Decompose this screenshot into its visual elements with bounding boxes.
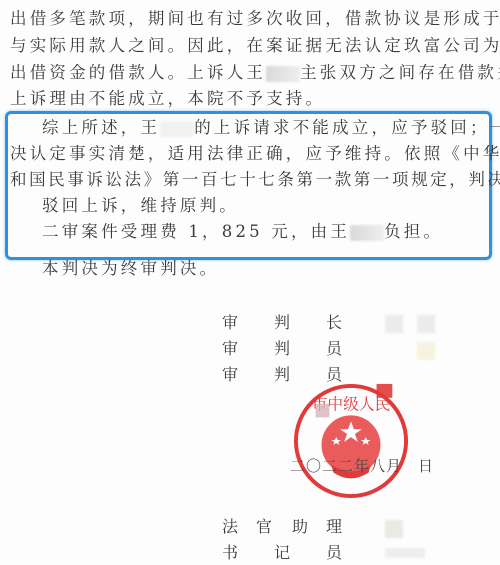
- role-char: 记: [274, 541, 290, 565]
- text: 决认定事实清楚，适用法律正确，应予维持。依照《中华人民共: [10, 144, 500, 163]
- role-char: 员: [326, 541, 342, 565]
- judgment-date: 二〇二二年八月 日: [290, 455, 434, 476]
- text: 出借资金的借款人。上诉人王: [10, 63, 266, 82]
- text-line: 综上所述，王的上诉请求不能成立，应予驳回；一审判: [42, 115, 500, 141]
- final-judgment-line: 本判决为终审判决。: [42, 256, 219, 282]
- role-char: 员: [326, 337, 342, 361]
- redacted-name: [385, 548, 425, 558]
- court-seal-icon: 市中级人民: [292, 382, 410, 500]
- role-char: 助: [292, 515, 308, 539]
- text-line: 驳回上诉，维持原判。: [42, 193, 239, 219]
- redacted-name: [385, 315, 403, 333]
- text: 和国民事诉讼法》第一百七十七条第一款第一项规定，判决如下：: [10, 170, 500, 189]
- role-char: 判: [274, 337, 290, 361]
- role-char: 审: [222, 337, 238, 361]
- text-line: 决认定事实清楚，适用法律正确，应予维持。依照《中华人民共: [10, 141, 500, 167]
- redacted-name: [385, 520, 403, 538]
- text: 负担。: [384, 222, 443, 241]
- role-char: 书: [222, 541, 238, 565]
- role-char: 长: [326, 311, 342, 335]
- redacted-name: [417, 315, 435, 333]
- text: 与实际用款人之间。因此，在案证据无法认定玖富公司为王: [10, 36, 500, 55]
- role-char: 官: [256, 515, 272, 539]
- text: 综上所述，王: [42, 118, 160, 137]
- text-line: 二审案件受理费 1，825 元，由王负担。: [42, 219, 443, 245]
- role-char: 审: [222, 363, 238, 387]
- text-line: 和国民事诉讼法》第一百七十七条第一款第一项规定，判决如下：: [10, 167, 500, 193]
- text: 本判决为终审判决。: [42, 259, 219, 278]
- text: 驳回上诉，维持原判。: [42, 196, 239, 215]
- text-line: 上诉理由不能成立，本院不予支持。: [10, 86, 325, 112]
- redacted-name: [417, 342, 435, 360]
- text: 的上诉请求不能成立，应予驳回；一审判: [194, 118, 500, 137]
- role-char: 理: [326, 515, 342, 539]
- redacted-name: [266, 66, 300, 82]
- text: 二审案件受理费 1，825 元，由王: [42, 222, 350, 241]
- redacted-name: [160, 121, 194, 137]
- text-line: 与实际用款人之间。因此，在案证据无法认定玖富公司为王: [10, 33, 500, 59]
- role-char: 判: [274, 363, 290, 387]
- role-char: 审: [222, 311, 238, 335]
- role-char: 法: [222, 515, 238, 539]
- text: 主张双方之间存在借款关系的: [300, 63, 500, 82]
- text: 出借多笔款项，期间也有过多次收回，借款协议是形成于王: [10, 9, 500, 28]
- role-char: 判: [274, 311, 290, 335]
- redacted-name: [350, 225, 384, 241]
- text-line: 出借多笔款项，期间也有过多次收回，借款协议是形成于王: [10, 6, 500, 32]
- text-line: 出借资金的借款人。上诉人王主张双方之间存在借款关系的: [10, 60, 500, 86]
- text: 上诉理由不能成立，本院不予支持。: [10, 89, 325, 108]
